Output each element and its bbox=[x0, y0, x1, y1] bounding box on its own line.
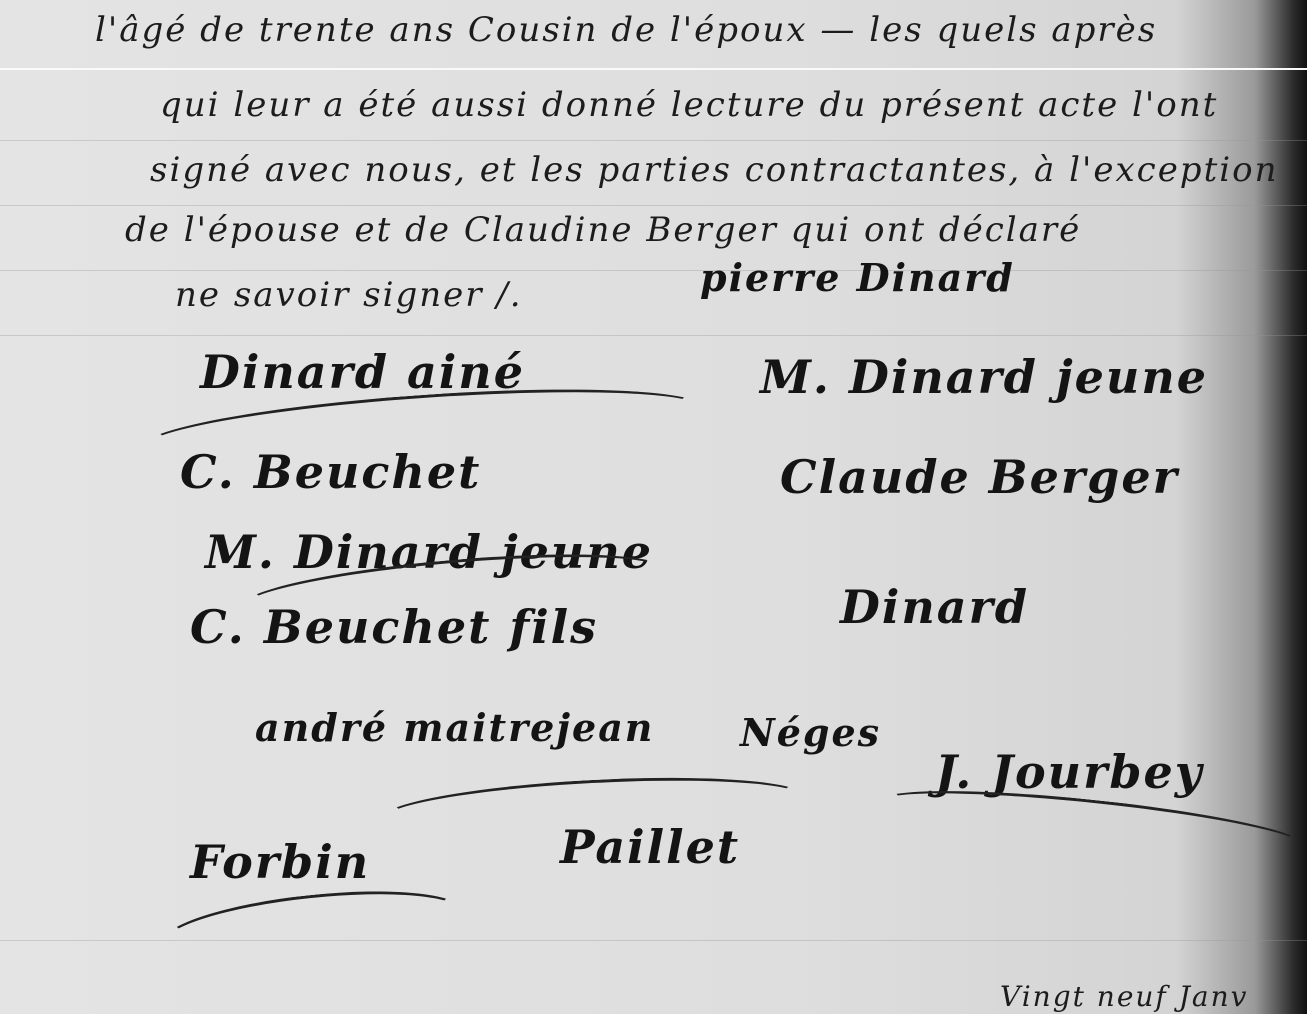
body-line-2: qui leur a été aussi donné lecture du pr… bbox=[160, 85, 1218, 125]
document-page: l'âgé de trente ans Cousin de l'époux — … bbox=[0, 0, 1307, 1014]
next-entry-fragment: Vingt neuf Janv bbox=[1000, 980, 1248, 1013]
ruled-line bbox=[0, 335, 1307, 336]
signature-m-dinard-jeune: M. Dinard jeune bbox=[760, 350, 1208, 404]
ruled-line bbox=[0, 205, 1307, 206]
ruled-line bbox=[0, 270, 1307, 271]
signature-forbin: Forbin bbox=[190, 835, 370, 889]
body-line-3: signé avec nous, et les parties contract… bbox=[150, 150, 1278, 190]
signature-andre-maitrejean: andré maitrejean bbox=[255, 705, 654, 750]
paper-crease bbox=[0, 68, 1307, 70]
body-line-4: de l'épouse et de Claudine Berger qui on… bbox=[125, 210, 1081, 250]
signature-neges: Néges bbox=[740, 710, 881, 755]
signature-flourish bbox=[157, 879, 468, 977]
signature-claude-berger: Claude Berger bbox=[780, 450, 1179, 504]
signature-dinard: Dinard bbox=[840, 580, 1029, 634]
ruled-line bbox=[0, 140, 1307, 141]
signature-pierre-dinard: pierre Dinard bbox=[700, 255, 1015, 300]
body-line-5: ne savoir signer /. bbox=[175, 275, 523, 315]
signature-flourish bbox=[379, 769, 807, 847]
body-line-1: l'âgé de trente ans Cousin de l'époux — … bbox=[95, 10, 1157, 50]
